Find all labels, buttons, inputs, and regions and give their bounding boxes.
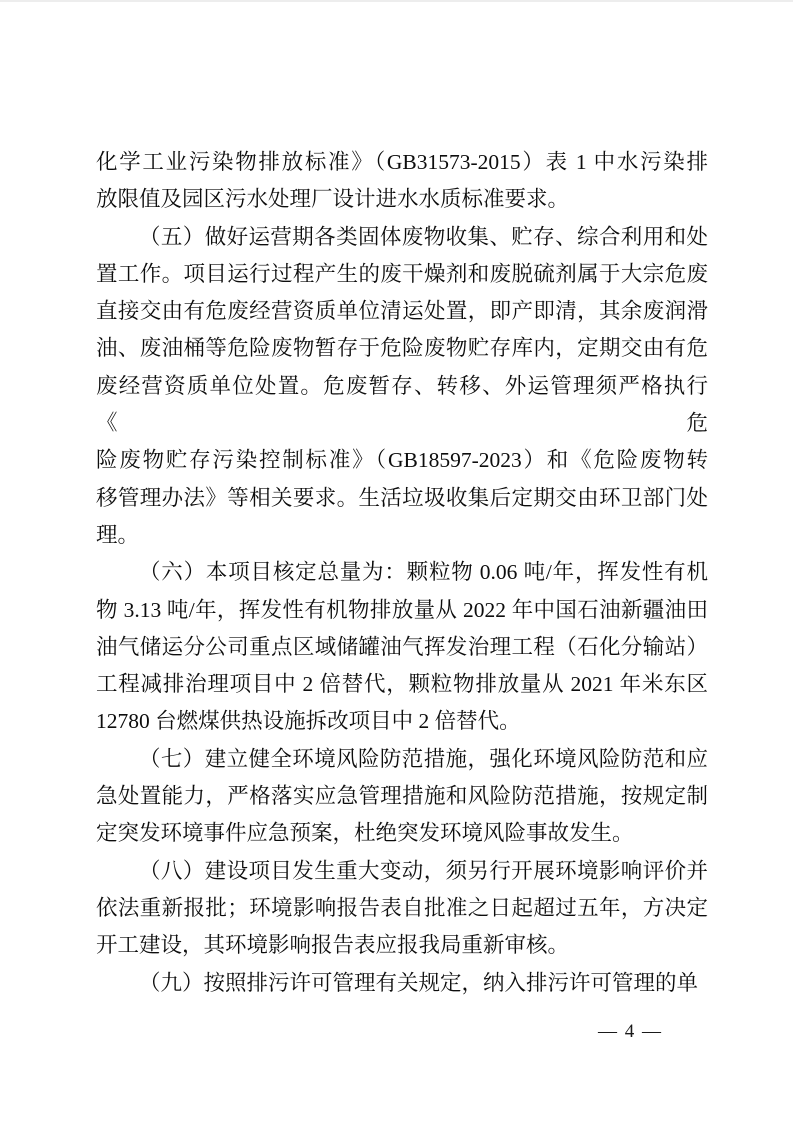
document-line: 化学工业污染物排放标准》（GB31573-2015）表 1 中水污染排 [96,144,708,181]
para-item-5: （五）做好运营期各类固体废物收集、贮存、综合利用和处置工作。项目运行过程产生的废… [96,219,708,555]
page-number: — 4 — [598,1019,663,1045]
document-line: 险废物贮存污染控制标准》（GB18597-2023）和《危险废物转 [96,442,708,479]
document-line: （八）建设项目发生重大变动，须另行开展环境影响评价并 [96,853,708,890]
document-line: （九）按照排污许可管理有关规定，纳入排污许可管理的单 [96,965,708,1002]
para-continuation: 化学工业污染物排放标准》（GB31573-2015）表 1 中水污染排放限值及园… [96,144,708,219]
para-item-7: （七）建立健全环境风险防范措施，强化环境风险防范和应急处置能力，严格落实应急管理… [96,741,708,853]
document-line: 直接交由有危废经营资质单位清运处置，即产即清，其余废润滑 [96,293,708,330]
document-line: 依法重新报批；环境影响报告表自批准之日起超过五年，方决定 [96,890,708,927]
document-line: 油气储运分公司重点区域储罐油气挥发治理工程（石化分输站） [96,629,708,666]
document-line: 定突发环境事件应急预案，杜绝突发环境风险事故发生。 [96,815,708,852]
para-item-8: （八）建设项目发生重大变动，须另行开展环境影响评价并依法重新报批；环境影响报告表… [96,853,708,965]
document-line: 理。 [96,517,708,554]
document-line: （七）建立健全环境风险防范措施，强化环境风险防范和应 [96,741,708,778]
document-line: 废经营资质单位处置。危废暂存、转移、外运管理须严格执行《危 [96,368,708,443]
document-line: 置工作。项目运行过程产生的废干燥剂和废脱硫剂属于大宗危废 [96,256,708,293]
para-item-9: （九）按照排污许可管理有关规定，纳入排污许可管理的单 [96,965,708,1002]
document-page: 化学工业污染物排放标准》（GB31573-2015）表 1 中水污染排放限值及园… [0,0,793,1122]
document-body: 化学工业污染物排放标准》（GB31573-2015）表 1 中水污染排放限值及园… [96,144,708,1002]
document-line: 油、废油桶等危险废物暂存于危险废物贮存库内，定期交由有危 [96,330,708,367]
document-line: 工程减排治理项目中 2 倍替代，颗粒物排放量从 2021 年米东区 [96,666,708,703]
document-line: （六）本项目核定总量为：颗粒物 0.06 吨/年，挥发性有机 [96,554,708,591]
document-line: 移管理办法》等相关要求。生活垃圾收集后定期交由环卫部门处 [96,480,708,517]
document-line: 物 3.13 吨/年，挥发性有机物排放量从 2022 年中国石油新疆油田 [96,592,708,629]
document-line: 开工建设，其环境影响报告表应报我局重新审核。 [96,927,708,964]
document-line: 放限值及园区污水处理厂设计进水水质标准要求。 [96,181,708,218]
document-line: 12780 台燃煤供热设施拆改项目中 2 倍替代。 [96,703,708,740]
para-item-6: （六）本项目核定总量为：颗粒物 0.06 吨/年，挥发性有机物 3.13 吨/年… [96,554,708,740]
document-line: 急处置能力，严格落实应急管理措施和风险防范措施，按规定制 [96,778,708,815]
document-line: （五）做好运营期各类固体废物收集、贮存、综合利用和处 [96,219,708,256]
